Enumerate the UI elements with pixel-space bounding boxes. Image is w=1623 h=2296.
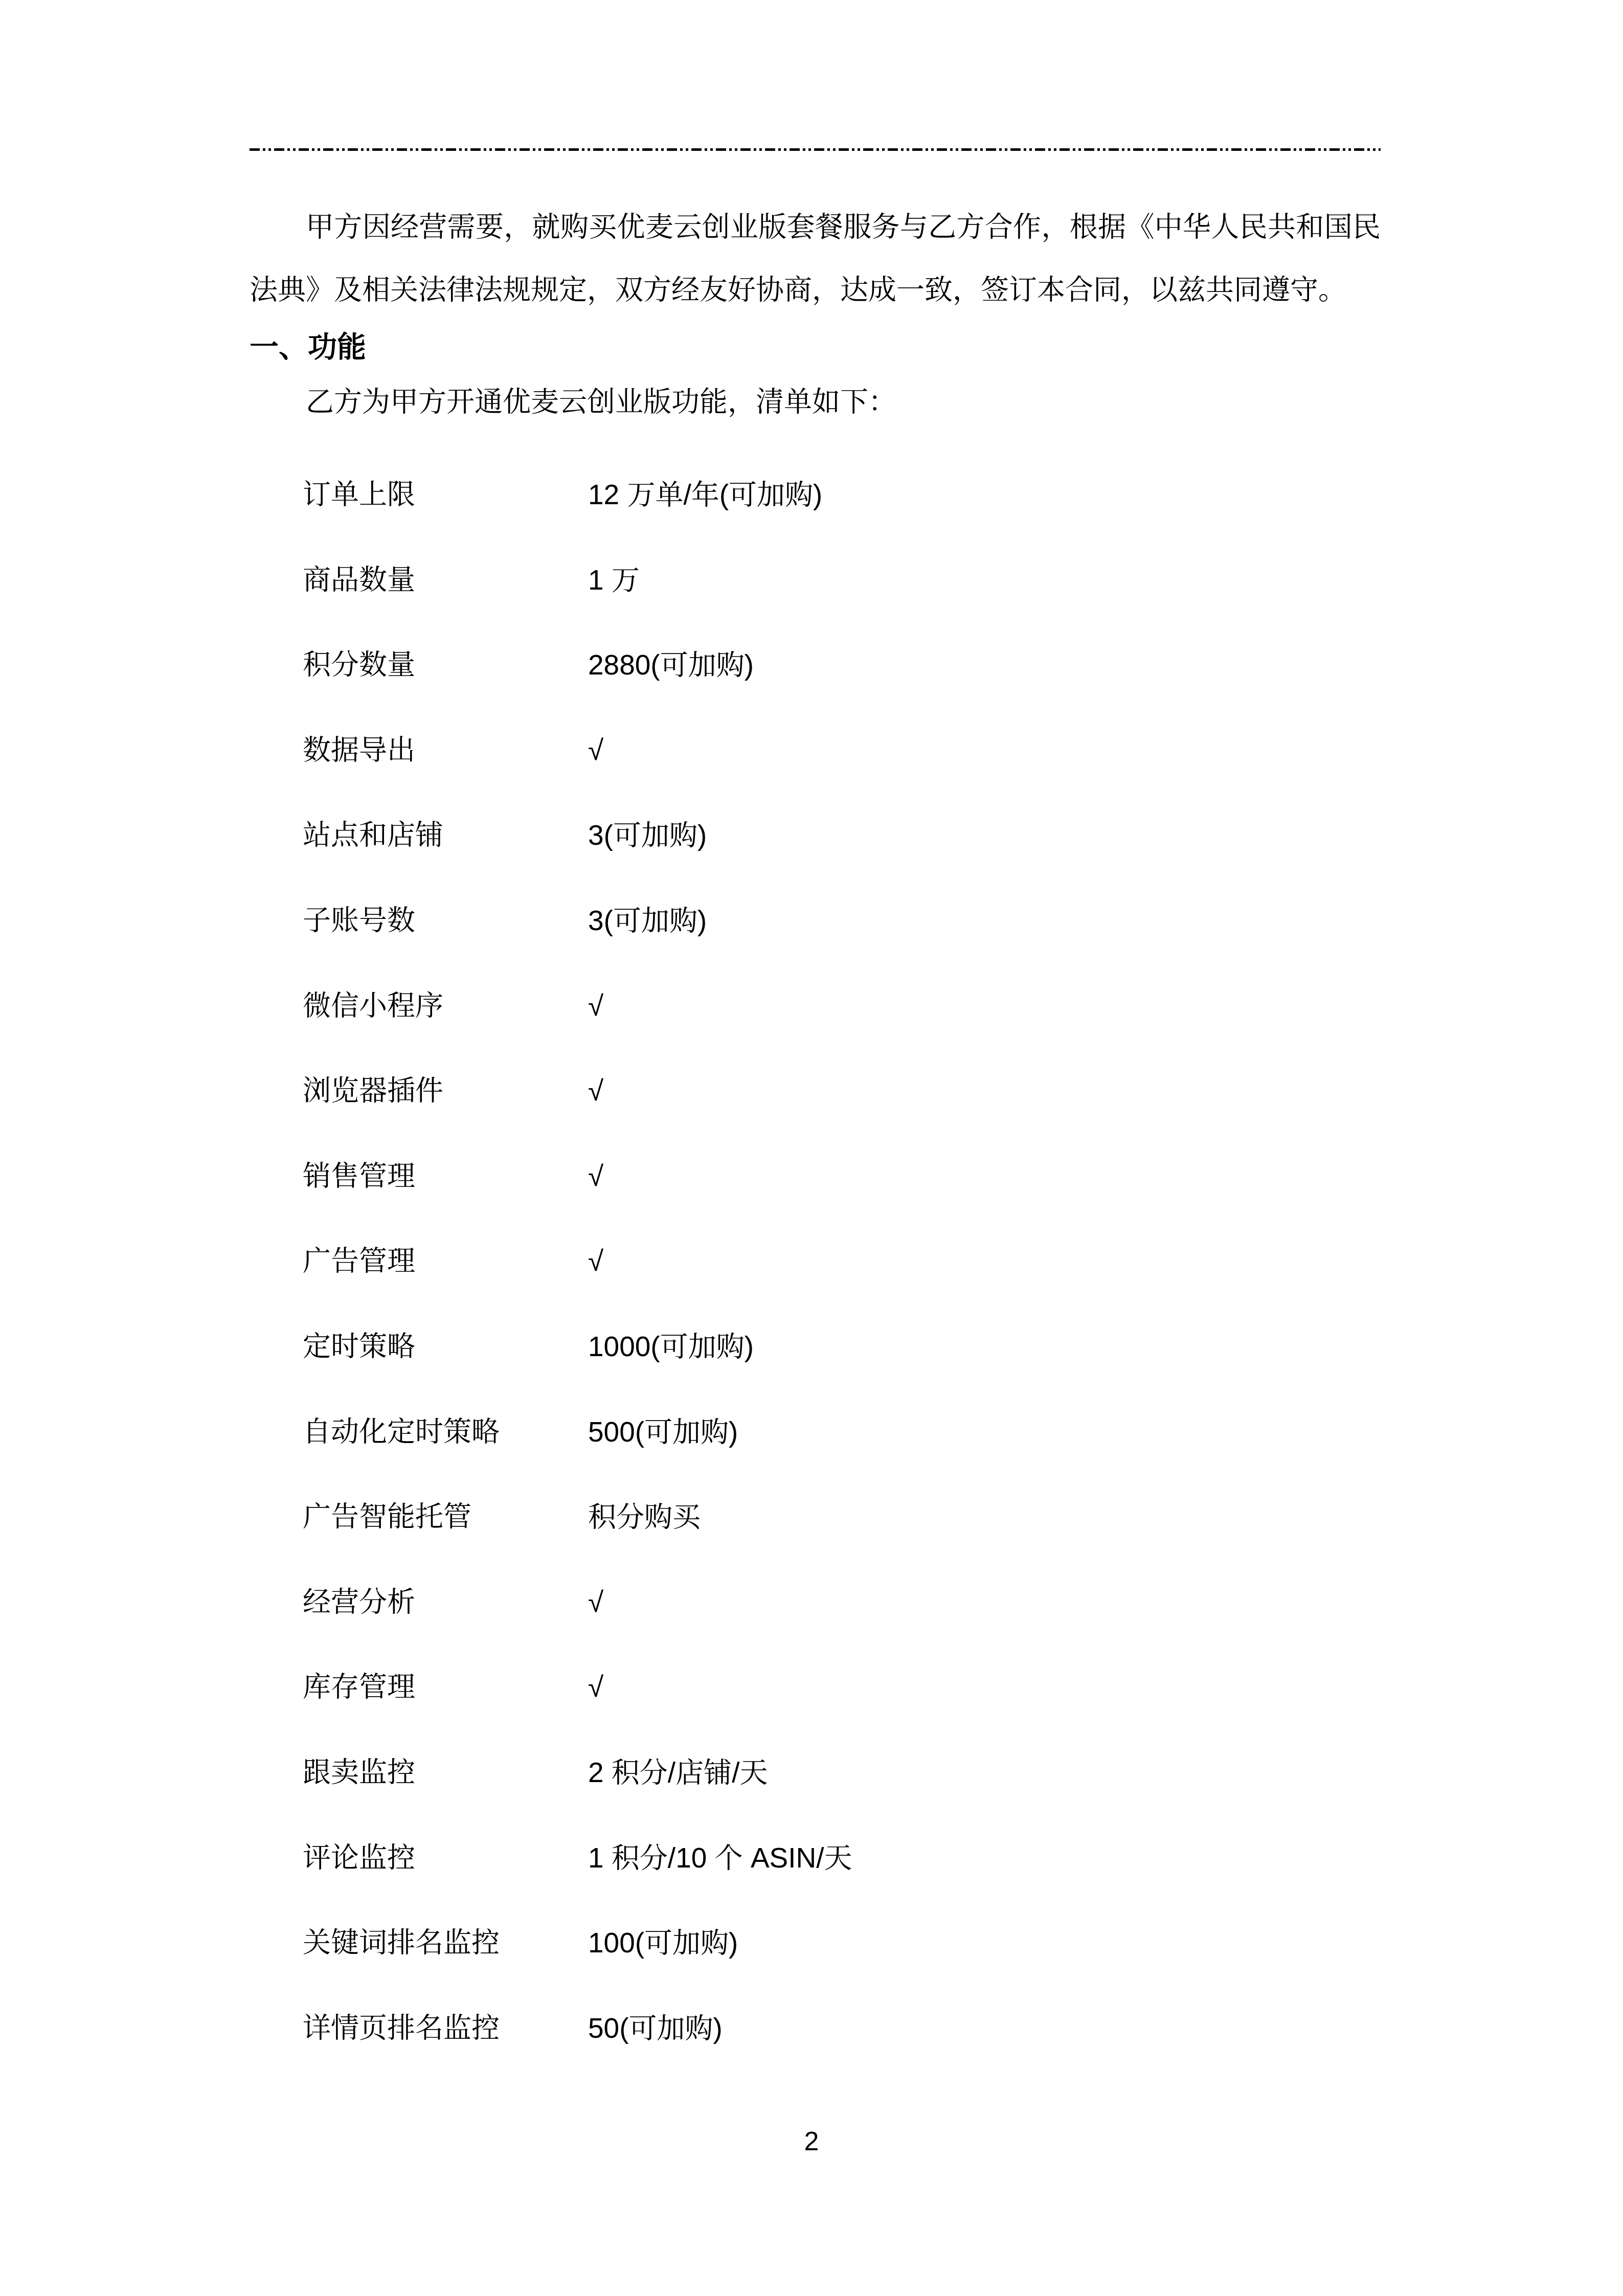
feature-label: 站点和店铺 [303,818,588,852]
feature-value: 50(可加购) [588,2011,1381,2045]
feature-label: 微信小程序 [303,989,588,1023]
paragraph-line: 甲方因经营需要，就购买优麦云创业版套餐服务与乙方合作，根据《中华人民共和国民 [250,195,1381,258]
feature-label: 广告智能托管 [303,1500,588,1534]
feature-row: 商品数量1 万 [303,563,1381,648]
feature-value: 2 积分/店铺/天 [588,1755,1381,1789]
feature-value: 1000(可加购) [588,1330,1381,1363]
section-heading: 一、功能 [250,316,366,379]
contract-page: { "paragraph": { "lines": [ "甲方因经营需要，就购买… [0,0,1623,2296]
feature-label: 评论监控 [303,1841,588,1875]
feature-row: 广告管理√ [303,1244,1381,1330]
feature-label: 自动化定时策略 [303,1415,588,1449]
feature-label: 跟卖监控 [303,1755,588,1789]
page-number: 2 [0,2126,1623,2157]
feature-row: 站点和店铺3(可加购) [303,818,1381,904]
feature-label: 销售管理 [303,1159,588,1193]
feature-value: √ [588,1244,1381,1278]
feature-value: 3(可加购) [588,818,1381,852]
feature-label: 积分数量 [303,648,588,682]
feature-list: 订单上限12 万单/年(可加购)商品数量1 万积分数量2880(可加购)数据导出… [303,478,1381,2096]
header-separator-line [250,148,1381,151]
feature-row: 关键词排名监控100(可加购) [303,1926,1381,2011]
feature-label: 订单上限 [303,478,588,511]
feature-label: 关键词排名监控 [303,1926,588,1960]
feature-row: 定时策略1000(可加购) [303,1330,1381,1415]
feature-label: 数据导出 [303,733,588,767]
feature-label: 浏览器插件 [303,1074,588,1108]
feature-row: 评论监控1 积分/10 个 ASIN/天 [303,1841,1381,1926]
feature-value: √ [588,1074,1381,1108]
feature-label: 广告管理 [303,1244,588,1278]
paragraph-line: 法典》及相关法律法规规定，双方经友好协商，达成一致，签订本合同，以兹共同遵守。 [250,258,1381,321]
feature-value: 500(可加购) [588,1415,1381,1449]
feature-label: 经营分析 [303,1585,588,1619]
feature-row: 子账号数3(可加购) [303,904,1381,989]
feature-value: √ [588,1159,1381,1193]
feature-value: 积分购买 [588,1500,1381,1534]
feature-value: √ [588,989,1381,1023]
feature-row: 库存管理√ [303,1670,1381,1755]
feature-row: 销售管理√ [303,1159,1381,1245]
feature-row: 详情页排名监控50(可加购) [303,2011,1381,2097]
feature-value: √ [588,1585,1381,1619]
feature-value: 2880(可加购) [588,648,1381,682]
section-intro: 乙方为甲方开通优麦云创业版功能，清单如下： [250,370,896,433]
feature-value: 100(可加购) [588,1926,1381,1960]
feature-value: √ [588,733,1381,767]
feature-row: 微信小程序√ [303,989,1381,1074]
feature-label: 详情页排名监控 [303,2011,588,2045]
feature-label: 商品数量 [303,563,588,597]
feature-label: 定时策略 [303,1330,588,1363]
feature-row: 广告智能托管积分购买 [303,1500,1381,1585]
feature-value: 1 万 [588,563,1381,597]
feature-row: 自动化定时策略500(可加购) [303,1415,1381,1500]
feature-value: 3(可加购) [588,904,1381,937]
feature-value: 12 万单/年(可加购) [588,478,1381,511]
feature-value: √ [588,1670,1381,1704]
feature-row: 浏览器插件√ [303,1074,1381,1159]
feature-row: 订单上限12 万单/年(可加购) [303,478,1381,563]
feature-row: 跟卖监控2 积分/店铺/天 [303,1755,1381,1841]
feature-row: 积分数量2880(可加购) [303,648,1381,733]
feature-row: 经营分析√ [303,1585,1381,1671]
feature-row: 数据导出√ [303,733,1381,819]
feature-label: 库存管理 [303,1670,588,1704]
intro-paragraph: 甲方因经营需要，就购买优麦云创业版套餐服务与乙方合作，根据《中华人民共和国民 法… [250,195,1381,322]
feature-value: 1 积分/10 个 ASIN/天 [588,1841,1381,1875]
feature-label: 子账号数 [303,904,588,937]
